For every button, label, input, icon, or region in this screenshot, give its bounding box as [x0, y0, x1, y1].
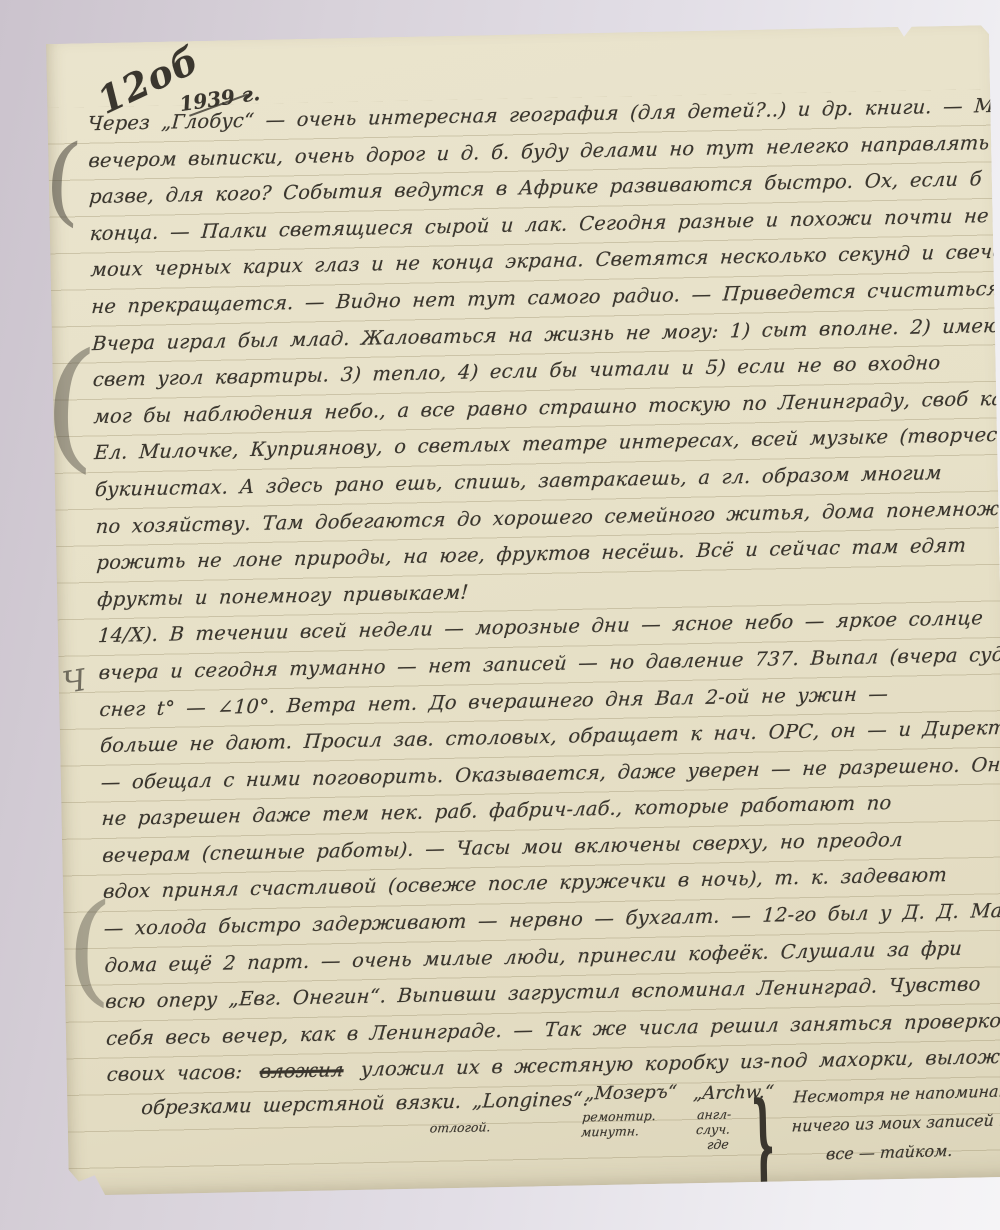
subnote-line: где	[694, 1137, 729, 1153]
text-run: своих часов:	[106, 1061, 243, 1087]
bottom-annotations: обрезками шерстяной вязки. „Longines“. о…	[107, 1077, 998, 1196]
brace-mark: }	[750, 1078, 776, 1196]
side-note: Несмотря не напоминаю и уроков ничего из…	[789, 1074, 1000, 1170]
subnote-line: англ-	[697, 1106, 732, 1122]
watch-subnote: отлогой.	[429, 1119, 491, 1135]
scan-background: 12об 1939 г. ( ( Ч ( Через „Глобус“ — оч…	[0, 0, 1000, 1230]
watch-note-longines: обрезками шерстяной вязки. „Longines“.	[141, 1087, 590, 1119]
watch-note-moser: „Мозеръ“	[584, 1082, 677, 1105]
subnote-line: ремонтир.	[582, 1108, 657, 1125]
diary-entry-text: Через „Глобус“ — очень интересная геогра…	[87, 89, 998, 1195]
watch-subnote: ремонтир. минутн.	[581, 1108, 657, 1140]
margin-pen-stroke: Ч	[61, 666, 89, 699]
manuscript-page: 12об 1939 г. ( ( Ч ( Через „Глобус“ — оч…	[46, 25, 1000, 1196]
subnote-line: случ.	[695, 1122, 730, 1138]
margin-pen-stroke: (	[46, 131, 85, 229]
subnote-line: минутн.	[581, 1123, 656, 1140]
crossed-out-word: вложил	[259, 1059, 344, 1084]
watch-subnote: англ- случ. где	[694, 1106, 732, 1152]
